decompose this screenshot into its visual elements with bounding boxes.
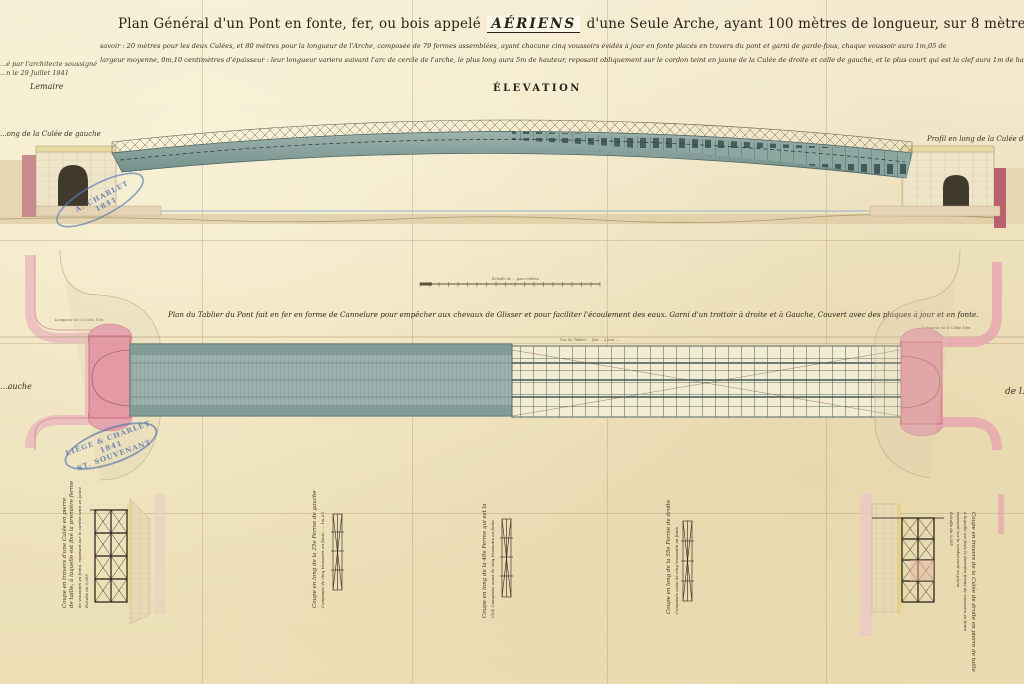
sections-drawing — [0, 494, 1024, 684]
caption-line: Coupe en long de la 40e Ferme qui est la — [482, 510, 489, 618]
caption-line: reposant sur le cordon teint en jaune — [955, 512, 962, 628]
caption-line: Coupe en travers d'une Culée en pierre — [62, 498, 69, 608]
caption-line: Échelle de 0,005 — [948, 512, 955, 628]
section-caption-ferme-40: Coupe en long de la 40e Ferme qui est la… — [482, 510, 496, 618]
caption-line: de taille, à laquelle est fixé la premiè… — [69, 498, 76, 608]
section-caption-culee-gauche: Coupe en travers d'une Culée en pierre d… — [62, 498, 90, 608]
caption-line: Coupe en long de la 55e Ferme de droite — [666, 514, 673, 614]
section-caption-culee-droite: Coupe en travers de la Culée de droite e… — [948, 512, 976, 628]
caption-line: Coupe en long de la 25e Ferme de gauche — [312, 508, 319, 608]
section-caption-ferme-55: Coupe en long de la 55e Ferme de droite … — [666, 514, 680, 614]
caption-line: Composée aussi de cinq Voussoirs en font… — [673, 514, 680, 614]
caption-line: Composée de cinq Voussoirs en fonte, ...… — [319, 508, 326, 608]
caption-line: Échelle de 0,005 — [83, 498, 90, 608]
caption-line: Clef, Composée aussi de cinq Voussoirs e… — [489, 510, 496, 618]
caption-line: Coupe en travers de la Culée de droite e… — [969, 512, 976, 628]
elevation-drawing — [0, 0, 1024, 240]
plan-drawing — [0, 250, 1024, 450]
caption-line: de voussoirs en fonte, reposant sur le c… — [76, 498, 83, 608]
section-caption-ferme-25: Coupe en long de la 25e Ferme de gauche … — [312, 508, 326, 608]
caption-line: à laquelle est fixée la dernière ferme d… — [962, 512, 969, 628]
fold-line — [0, 240, 1024, 241]
